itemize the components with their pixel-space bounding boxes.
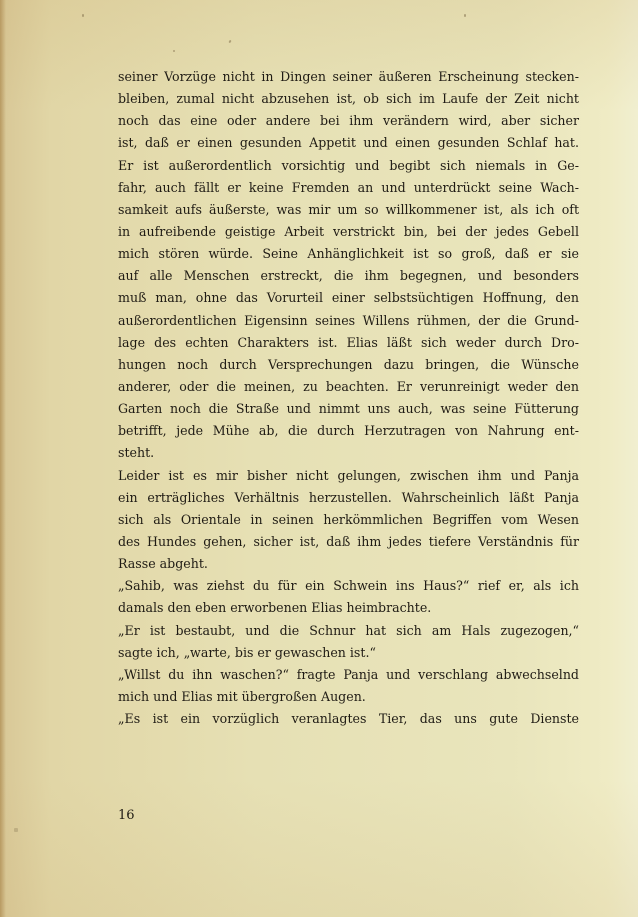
text-line: mich stören würde. Seine Anhänglichkeit … [118, 243, 579, 265]
text-line: mich und Elias mit übergroßen Augen. [118, 686, 579, 708]
page-number: 16 [118, 808, 135, 823]
text-line: samkeit aufs äußerste, was mir um so wil… [118, 199, 579, 221]
text-line: sagte ich, „warte, bis er gewaschen ist.… [118, 642, 579, 664]
text-line: bleiben, zumal nicht abzusehen ist, ob s… [118, 88, 579, 110]
paper-speck [228, 40, 231, 44]
text-line: lage des echten Charakters ist. Elias lä… [118, 332, 579, 354]
text-line: außerordentlichen Eigensinn seines Wille… [118, 310, 579, 332]
text-line: „Es ist ein vorzüglich veranlagtes Tier,… [118, 708, 579, 730]
page-binding-edge [0, 0, 6, 917]
text-line: hungen noch durch Versprechungen dazu br… [118, 354, 579, 376]
text-line: damals den eben erworbenen Elias heimbra… [118, 597, 579, 619]
text-line: des Hundes gehen, sicher ist, daß ihm je… [118, 531, 579, 553]
text-line: noch das eine oder andere bei ihm veränd… [118, 110, 579, 132]
text-line: Rasse abgeht. [118, 553, 579, 575]
text-line: auf alle Menschen erstreckt, die ihm beg… [118, 265, 579, 287]
text-line: sich als Orientale in seinen herkömmlich… [118, 509, 579, 531]
text-line: „Willst du ihn waschen?“ fragte Panja un… [118, 664, 579, 686]
text-line: muß man, ohne das Vorurteil einer selbst… [118, 287, 579, 309]
text-line: steht. [118, 442, 579, 464]
text-line: „Sahib, was ziehst du für ein Schwein in… [118, 575, 579, 597]
text-line: anderer, oder die meinen, zu beachten. E… [118, 376, 579, 398]
text-line: in aufreibende geistige Arbeit verstrick… [118, 221, 579, 243]
paper-speck [464, 14, 466, 17]
text-line: seiner Vorzüge nicht in Dingen seiner äu… [118, 66, 579, 88]
text-line: fahr, auch fällt er keine Fremden an und… [118, 177, 579, 199]
paper-speck [173, 50, 175, 52]
text-line: Leider ist es mir bisher nicht gelungen,… [118, 465, 579, 487]
body-text: seiner Vorzüge nicht in Dingen seiner äu… [118, 66, 579, 730]
paper-speck [82, 14, 84, 17]
text-line: „Er ist bestaubt, und die Schnur hat sic… [118, 620, 579, 642]
paper-speck [14, 828, 18, 832]
text-line: betrifft, jede Mühe ab, die durch Herzut… [118, 420, 579, 442]
text-line: ein erträgliches Verhältnis herzustellen… [118, 487, 579, 509]
text-line: Garten noch die Straße und nimmt uns auc… [118, 398, 579, 420]
text-line: Er ist außerordentlich vorsichtig und be… [118, 155, 579, 177]
text-line: ist, daß er einen gesunden Appetit und e… [118, 132, 579, 154]
